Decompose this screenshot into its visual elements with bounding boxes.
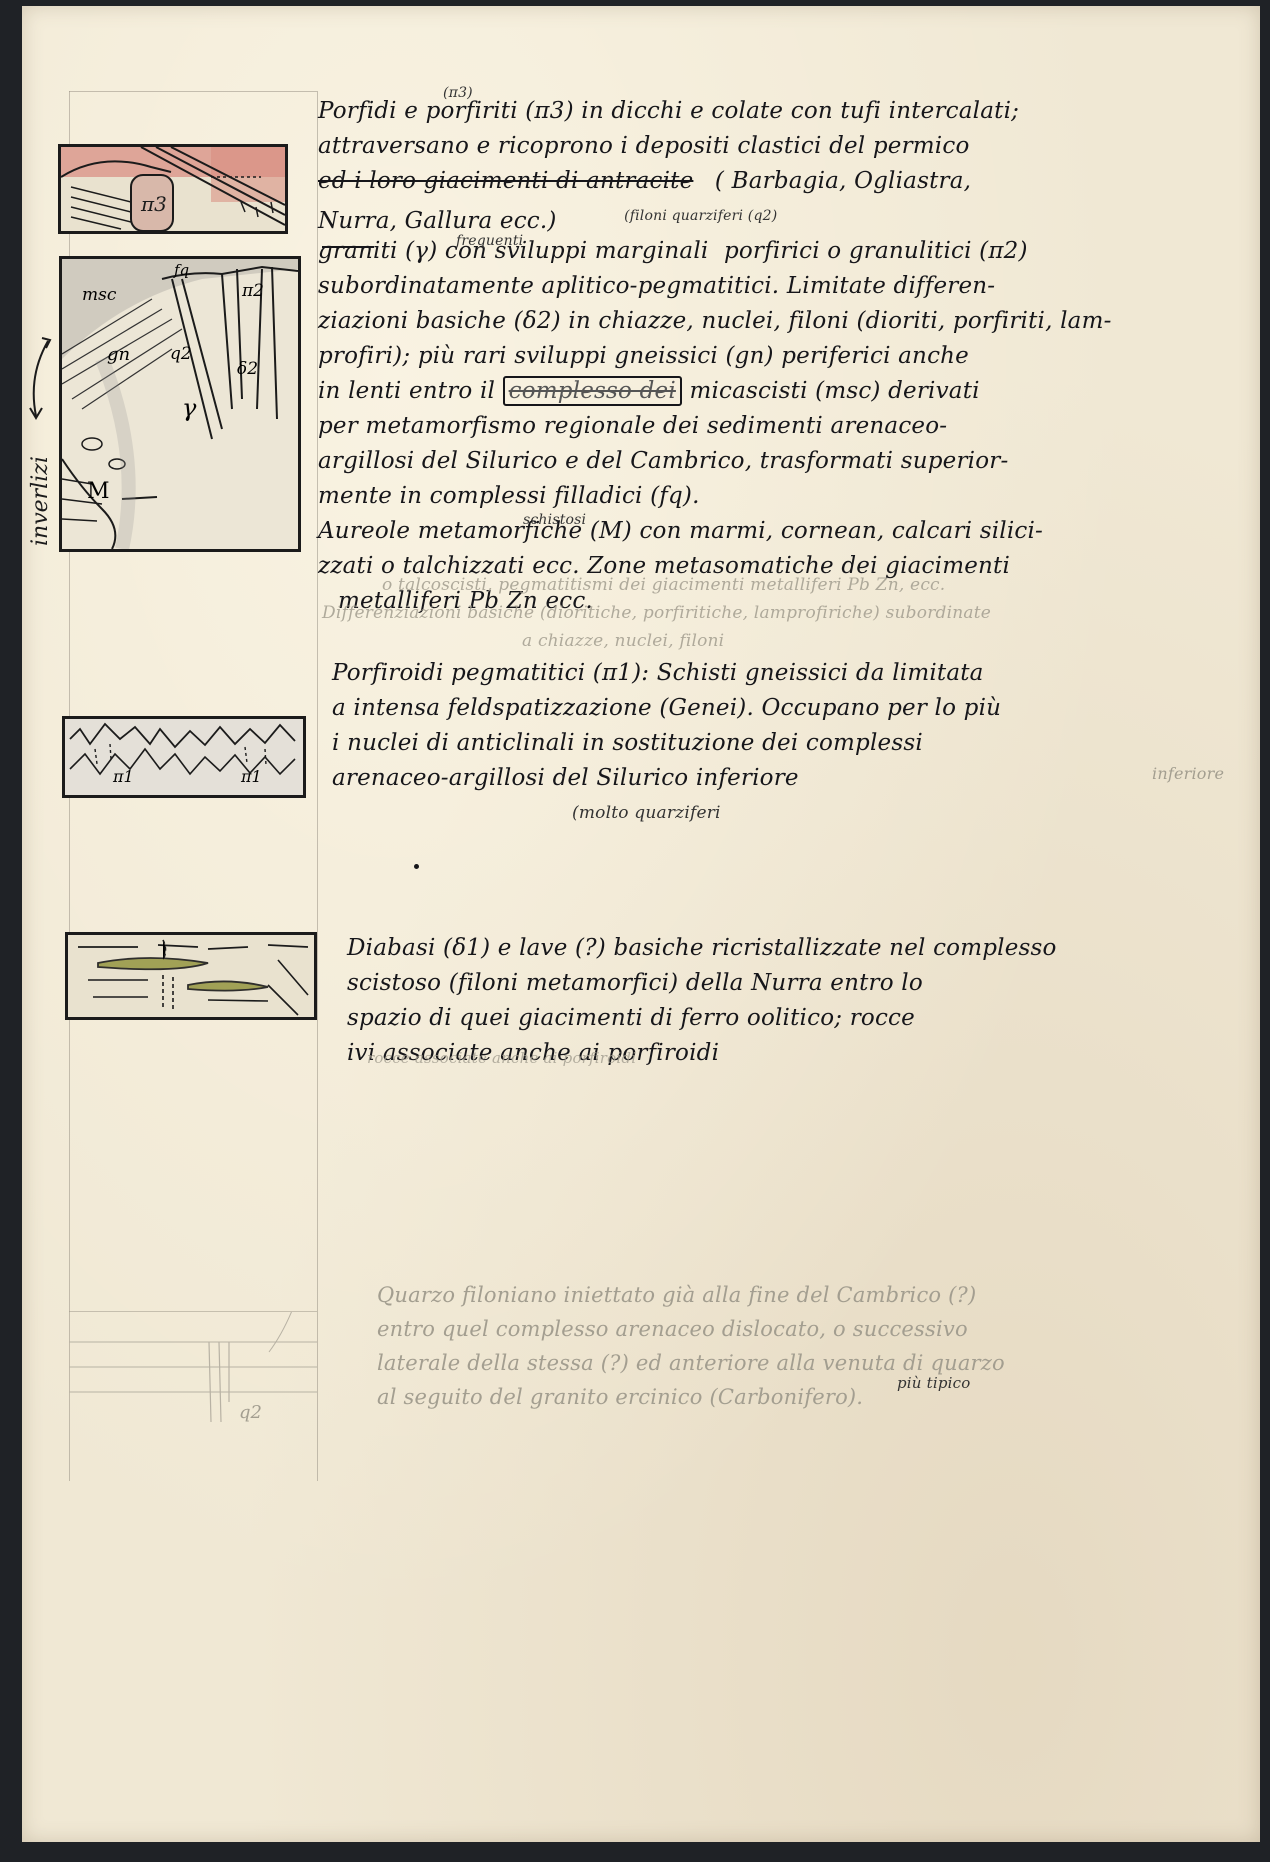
p3-line-1: Aureole metamorfiche (M) con marmi, corn… [318,514,1043,549]
sketch-porphyroids-drawing [65,719,303,795]
p2-line-5-prefix: in lenti entro il [318,378,503,404]
sketch-label-fq: fq [174,261,189,279]
sketch-label-q2: q2 [170,344,192,364]
p4-line-2: a intensa feldspatizzazione (Genei). Occ… [332,691,1001,726]
superscript-piu-tipico: più tipico [897,1366,970,1400]
p4-line-1: Porfiroidi pegmatitici (π1): Schisti gne… [332,656,1001,691]
p6-line-2: entro quel complesso arenaceo dislocato,… [377,1312,1005,1346]
sketch-diabase-lenses [65,932,317,1020]
paragraph-porfiroidi: Porfiroidi pegmatitici (π1): Schisti gne… [332,656,1001,831]
p5-line-2: scistoso (filoni metamorfici) della Nurr… [347,966,1057,1001]
p6-line-4: al seguito del granito ercinico (Carboni… [377,1385,863,1409]
p4-line-3: i nuclei di anticlinali in sostituzione … [332,726,1001,761]
p2-line-1a: porfirici o granulitici (π2) [724,238,1028,264]
superscript-frequenti: frequenti [456,224,523,259]
sketch-porphyry-drawing [61,147,285,231]
sketch-label-pi2: π2 [242,281,264,301]
p1-struck-line: ed i loro giacimenti di antracite [318,168,693,194]
p2-line-8: mente in complessi filladici (fq). [318,483,700,509]
side-annotation-inverlizi: inverlizi [28,456,53,546]
sketch-label-pi1-right: π1 [241,767,262,786]
p2-line-6: per metamorfismo regionale dei sedimenti… [318,409,1112,444]
p1-inline-places: ( Barbagia, Ogliastra, [715,168,971,194]
p2-line-5-suffix: micascisti (msc) derivati [689,378,979,404]
p1-line-1: Porfidi e porfiriti (π3) in dicchi e col… [318,98,1019,124]
p2-line-2: subordinatamente aplitico-pegmatitici. L… [318,269,1112,304]
p2-line-4: profiri); più rari sviluppi gneissici (g… [318,339,1112,374]
sketch-label-pi1-left: π1 [113,767,134,786]
pencil-line-1: o talcoscisti, pegmatitismi dei giacimen… [382,571,991,599]
pencil-margin-inferiore: inferiore [1152,756,1224,791]
pencil-overlay-diabasi: rocce associate anche ai porfiroidi [367,1041,636,1076]
sketch-pencil-quartz: q2 [69,1311,317,1482]
annotation-filoni-quarziferi: (filoni quarziferi (q2) [624,208,777,224]
paragraph-graniti: graniti (γ) con sviluppi marginali frequ… [318,234,1112,514]
paragraph-porfidi: (π3) Porfidi e porfiriti (π3) in dicchi … [318,94,1019,239]
pencil-line-3: a chiazze, nuclei, filoni [522,627,991,655]
sketch-porphyry-pi3: π3 [58,144,288,234]
sketch-label-delta2: δ2 [237,359,258,379]
sketch-granite-cross-section: msc fq π2 gn q2 δ2 γ M [59,256,301,552]
pencil-line-2: Differenziazioni basiche (dioritiche, po… [322,599,991,627]
p1-line-2: attraversano e ricoprono i depositi clas… [318,133,970,159]
paragraph-quarzo-pencil: Quarzo filoniano iniettato già alla fine… [377,1278,1005,1414]
sketch-porphyroids-pi1: π1 π1 [62,716,306,798]
margin-guide-top [69,91,317,92]
sketch-label-gamma: γ [182,394,196,422]
sketch-label-q2-pencil: q2 [239,1402,262,1423]
annotation-molto-quarziferi: (molto quarziferi [572,796,1001,831]
boxed-struck-word: complesso dei [503,376,682,406]
annotation-pi3: (π3) [443,76,473,111]
sketch-label-msc: msc [82,285,116,305]
p4-line-4: arenaceo-argillosi del Silurico inferior… [332,761,1001,796]
double-arrow-icon [26,336,56,456]
sketch-label-gn: gn [107,344,130,365]
p5-line-1: Diabasi (δ1) e lave (?) basiche ricrista… [347,935,1057,961]
sketch-label-m: M [87,479,110,504]
notebook-page: π3 msc fq π2 gn q2 δ2 γ M inverlizi [22,6,1260,1842]
p2-line-7: argillosi del Silurico e del Cambrico, t… [318,444,1112,479]
ink-dot [414,864,419,869]
pencil-overlay-aureole: o talcoscisti, pegmatitismi dei giacimen… [322,571,991,655]
sketch-pencil-drawing [69,1312,317,1482]
p5-line-3: spazio di quei giacimenti di ferro oolit… [347,1001,1057,1036]
p2-line-3: ziazioni basiche (δ2) in chiazze, nuclei… [318,304,1112,339]
sketch-diabase-drawing [68,935,314,1017]
p6-line-1: Quarzo filoniano iniettato già alla fine… [377,1278,1005,1312]
sketch-label-pi3: π3 [141,192,167,216]
